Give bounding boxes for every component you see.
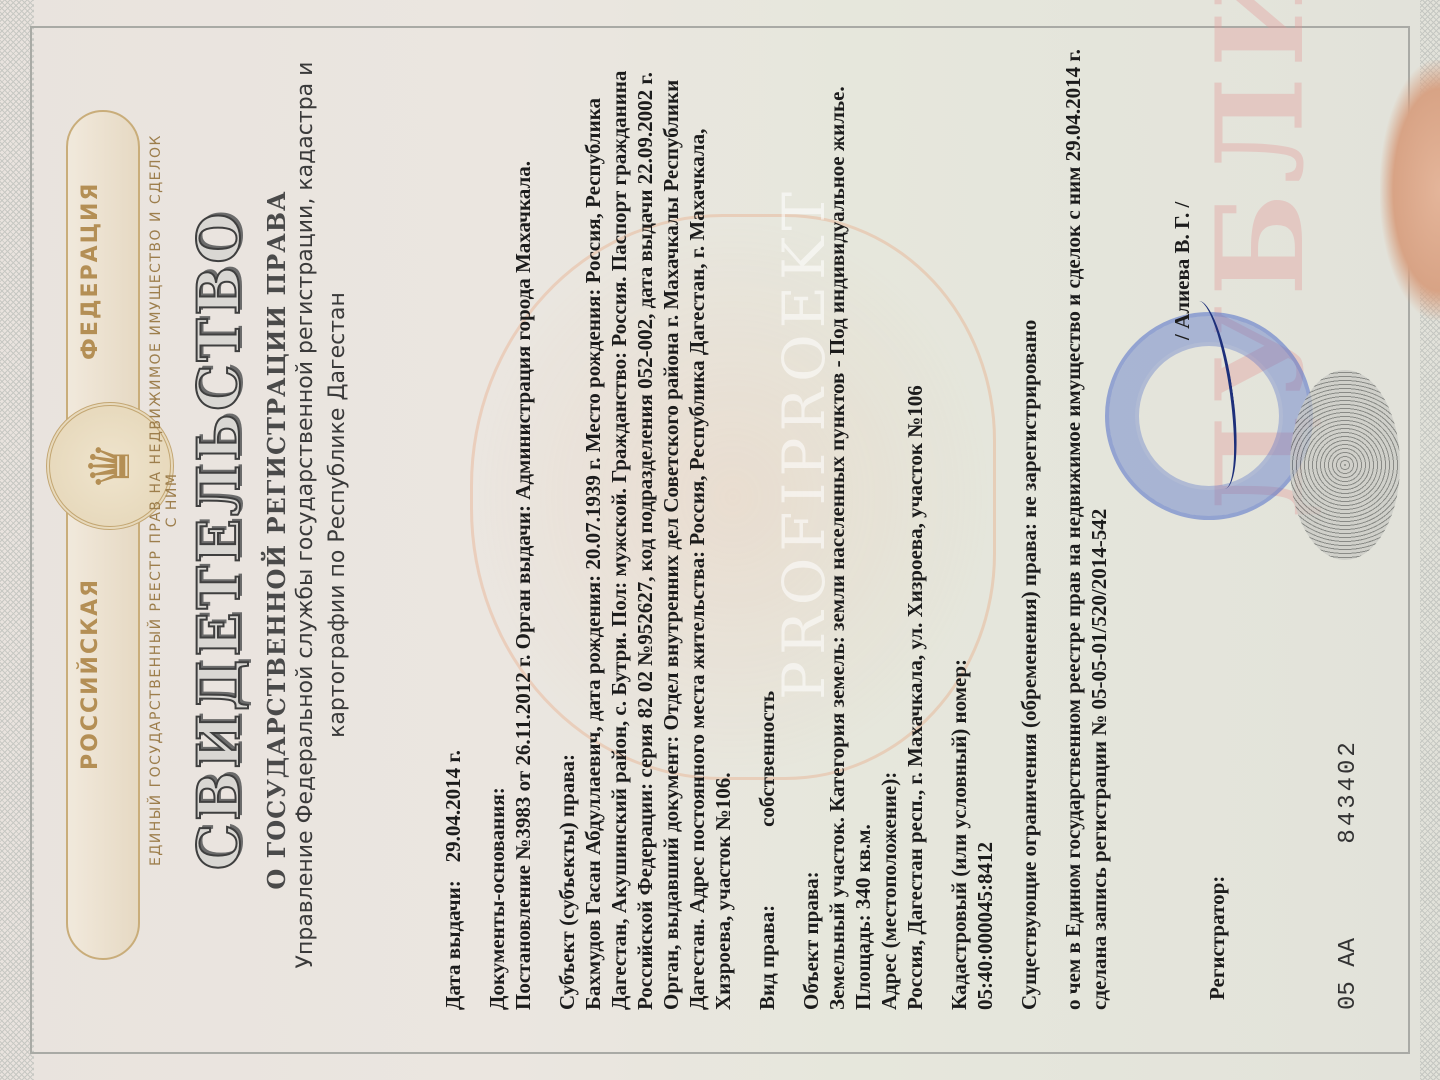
issue-date-label: Дата выдачи: [440,880,466,1010]
registry-note: о чем в Едином государственном реестре п… [1060,40,1112,1010]
object-label: Объект права: [798,40,824,1010]
guilloche-rosette-icon [1290,370,1400,560]
cadastral-label: Кадастровый (или условный) номер: [946,40,972,1010]
issue-date-field: Дата выдачи: 29.04.2014 г. [440,40,466,1010]
certificate-page: РОССИЙСКАЯ ♛ ФЕДЕРАЦИЯ ЕДИНЫЙ ГОСУДАРСТВ… [0,0,1440,1080]
ribbon-caption: ЕДИНЫЙ ГОСУДАРСТВЕННЫЙ РЕЕСТР ПРАВ НА НЕ… [148,130,180,870]
document-title: СВИДЕТЕЛЬСТВО [185,0,253,1080]
basis-documents-value: Постановление №3983 от 26.11.2012 г. Орг… [510,40,536,1010]
issue-date-value: 29.04.2014 г. [440,750,466,862]
serial-number: 05 АА 843402 [1335,739,1362,1010]
right-type-field: Вид права: собственность [754,40,780,1010]
object-field: Объект права: Земельный участок. Категор… [798,40,928,1010]
ribbon-word-right: ФЕДЕРАЦИЯ [78,182,103,360]
serial-digits: 843402 [1335,739,1362,843]
fingertip-in-photo [1380,60,1440,320]
encumbrance-label: Существующие ограничения (обременения) п… [1017,523,1041,1010]
address-value: Россия, Дагестан респ., г. Махачкала, ул… [902,40,928,1010]
cadastral-field: Кадастровый (или условный) номер: 05:40:… [946,40,998,1010]
right-type-label: Вид права: [754,905,780,1010]
document-subtitle: о государственной регистрации права [262,0,291,1080]
address-label: Адрес (местоположение): [876,40,902,1010]
encumbrance-value: не зарегистрировано [1017,320,1041,518]
registrar-name: / Алиева В. Г. / [1170,202,1195,340]
object-value: Земельный участок. Категория земель: зем… [824,40,876,1010]
basis-documents-label: Документы-основания: [484,40,510,1010]
subject-label: Субъект (субъекты) права: [554,40,580,1010]
encumbrance-field: Существующие ограничения (обременения) п… [1016,40,1042,1010]
registry-note-text: о чем в Едином государственном реестре п… [1060,40,1112,1010]
cadastral-value: 05:40:000045:8412 [972,40,998,1010]
subject-field: Субъект (субъекты) права: Бахмудов Гасан… [554,40,736,1010]
guilloche-border-top [0,0,34,1080]
issuing-authority: Управление Федеральной службы государств… [290,60,354,970]
serial-series: 05 АА [1335,938,1362,1010]
ribbon-header: РОССИЙСКАЯ ♛ ФЕДЕРАЦИЯ ЕДИНЫЙ ГОСУДАРСТВ… [36,70,186,1000]
ribbon-word-left: РОССИЙСКАЯ [78,578,103,770]
right-type-value: собственность [754,691,780,827]
subject-value: Бахмудов Гасан Абдуллаевич, дата рождени… [580,40,736,1010]
certificate-body: Дата выдачи: 29.04.2014 г. Документы-осн… [440,40,1130,1010]
registrar-label: Регистратор: [1205,876,1230,1000]
basis-documents-field: Документы-основания: Постановление №3983… [484,40,536,1010]
